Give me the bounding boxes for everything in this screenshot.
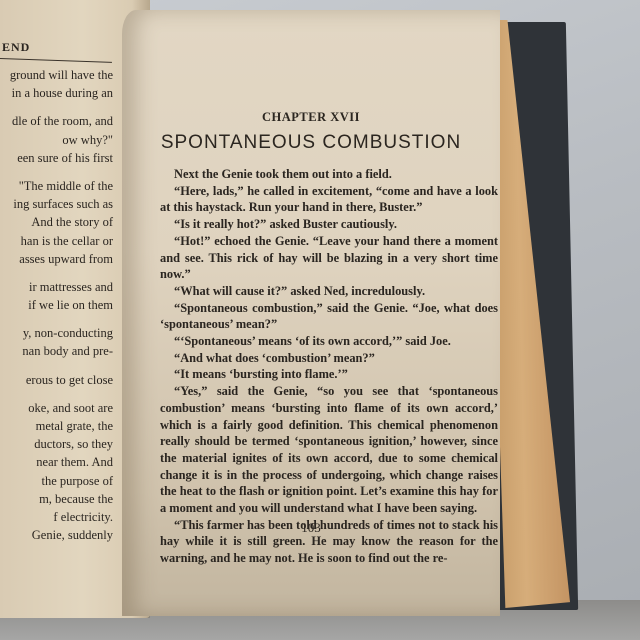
- text-line: f electricity.: [0, 508, 113, 526]
- text-line: asses upward from: [0, 250, 113, 268]
- paragraph: “It means ‘bursting into flame.’”: [160, 366, 498, 383]
- chapter-body: Next the Genie took them out into a fiel…: [160, 166, 498, 567]
- paragraph: “Here, lads,” he called in excitement, “…: [160, 183, 498, 216]
- text-line: nan body and pre-: [0, 342, 113, 360]
- paragraph: “What will cause it?” asked Ned, incredu…: [160, 283, 498, 300]
- right-page: CHAPTER XVII SPONTANEOUS COMBUSTION Next…: [122, 10, 500, 616]
- text-line: y, non-conducting: [0, 324, 113, 342]
- text-line: the purpose of: [0, 472, 113, 490]
- text-line: in a house during an: [0, 84, 113, 102]
- paragraph: “Spontaneous combustion,” said the Genie…: [160, 300, 498, 333]
- chapter-number: CHAPTER XVII: [122, 110, 500, 125]
- text-line: Genie, suddenly: [0, 526, 113, 544]
- paragraph: Next the Genie took them out into a fiel…: [160, 166, 498, 183]
- text-line: "The middle of the: [0, 177, 113, 195]
- text-line: ductors, so they: [0, 435, 113, 453]
- paragraph: “And what does ‘combustion’ mean?”: [160, 350, 498, 367]
- text-line: een sure of his first: [0, 149, 113, 167]
- paragraph: “Hot!” echoed the Genie. “Leave your han…: [160, 233, 498, 283]
- text-line: ing surfaces such as: [0, 195, 113, 213]
- paragraph: “‘Spontaneous’ means ‘of its own accord,…: [160, 333, 498, 350]
- text-line: metal grate, the: [0, 417, 113, 435]
- text-line: ground will have the: [0, 66, 113, 84]
- text-line: And the story of: [0, 213, 113, 231]
- text-line: ow why?": [0, 131, 113, 149]
- text-line: erous to get close: [0, 371, 113, 389]
- text-line: if we lie on them: [0, 296, 113, 314]
- text-line: ir mattresses and: [0, 278, 113, 296]
- text-line: near them. And: [0, 453, 113, 471]
- text-line: m, because the: [0, 490, 113, 508]
- text-line: han is the cellar or: [0, 232, 113, 250]
- header-rule: [0, 58, 112, 63]
- text-line: dle of the room, and: [0, 112, 113, 130]
- photo-scene: END ground will have the in a house duri…: [0, 0, 640, 640]
- text-line: oke, and soot are: [0, 399, 113, 417]
- paragraph: “Yes,” said the Genie, “so you see that …: [160, 383, 498, 517]
- running-header: END: [2, 40, 30, 55]
- left-page-text: ground will have the in a house during a…: [0, 66, 113, 544]
- paragraph: “Is it really hot?” asked Buster cautiou…: [160, 216, 498, 233]
- page-number: 103: [122, 520, 500, 536]
- chapter-title: SPONTANEOUS COMBUSTION: [122, 132, 500, 154]
